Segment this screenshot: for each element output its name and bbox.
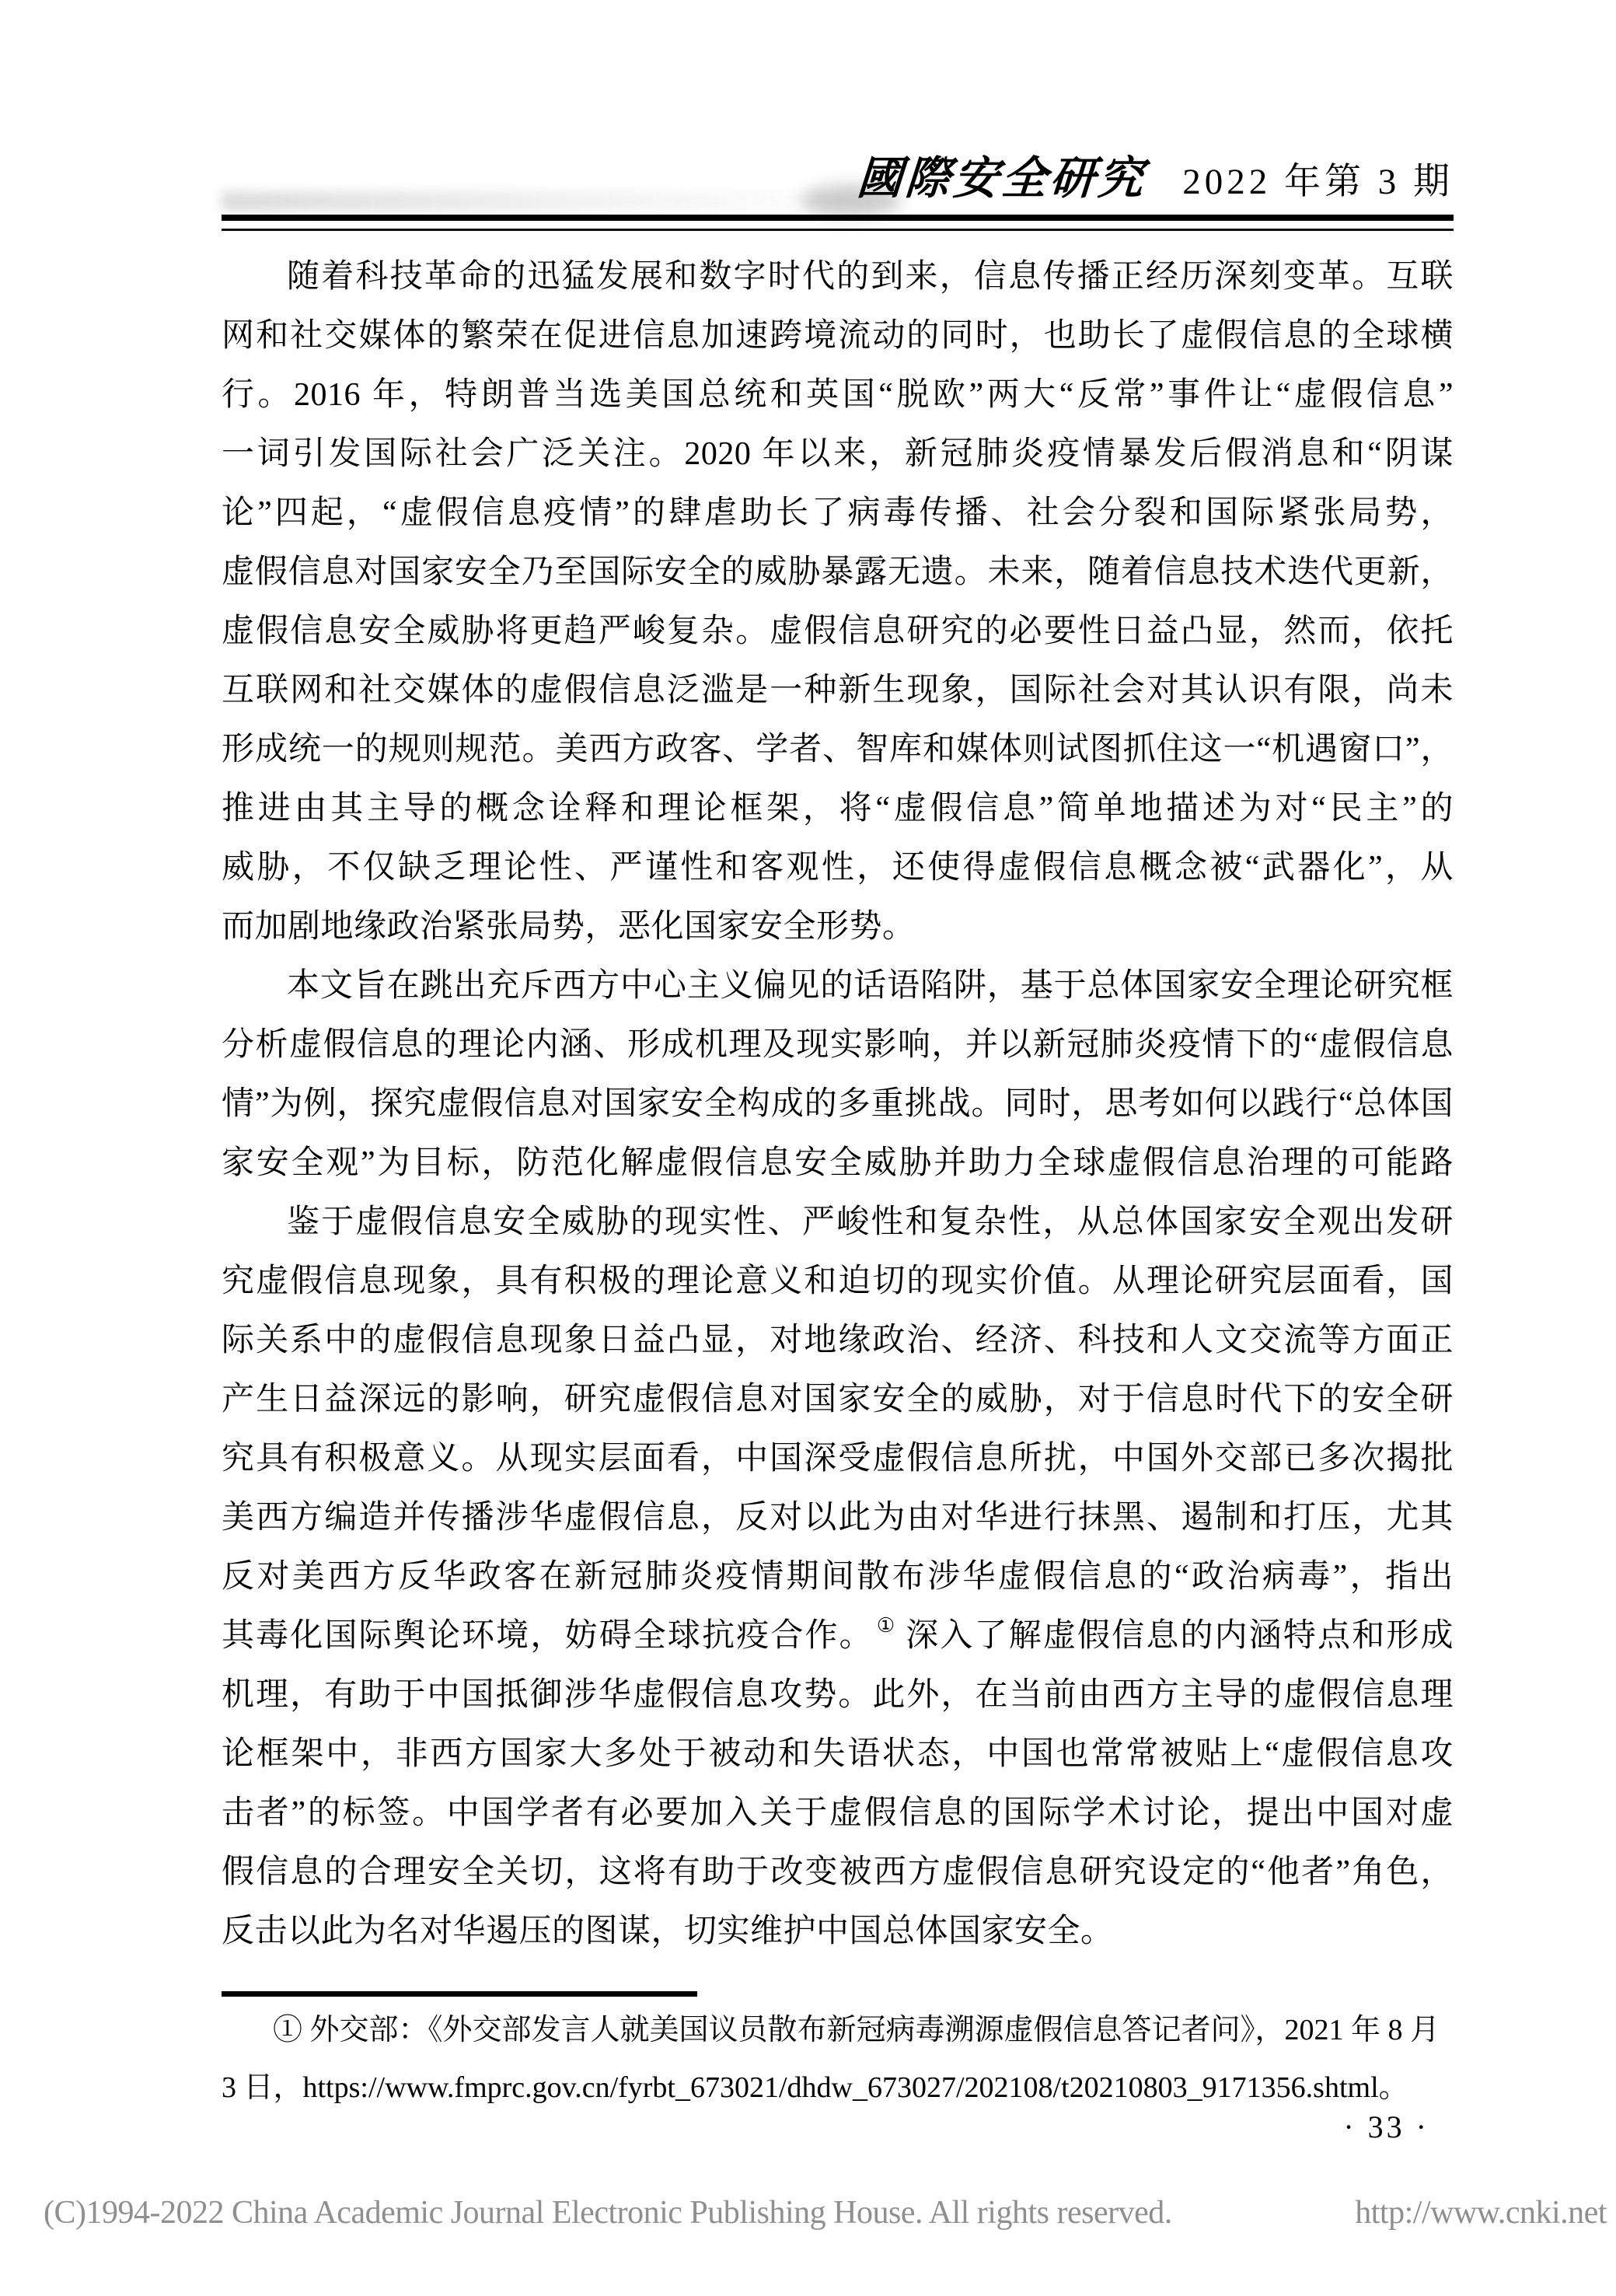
body-line-text: 深入了解虚假信息的内涵特点和形成 — [906, 1618, 1454, 1654]
watermark-url: http://www.cnki.net — [1355, 2194, 1607, 2231]
body-line: 分析虚假信息的理论内涵、形成机理及现实影响，并以新冠肺炎疫情下的“虚假信息疫 — [222, 1015, 1454, 1075]
body-line: 家安全观”为目标，防范化解虚假信息安全威胁并助力全球虚假信息治理的可能路径。 — [222, 1134, 1454, 1193]
journal-page: 國際安全研究2022 年第 3 期 随着科技革命的迅猛发展和数字时代的到来，信息… — [0, 0, 1616, 2296]
body-line: 形成统一的规则规范。美西方政客、学者、智库和媒体则试图抓住这一“机遇窗口”， — [222, 720, 1454, 779]
body-line: 鉴于虚假信息安全威胁的现实性、严峻性和复杂性，从总体国家安全观出发研 — [222, 1193, 1454, 1252]
footnote: ① 外交部：《外交部发言人就美国议员散布新冠病毒溯源虚假信息答记者问》，2021… — [222, 2001, 1454, 2116]
body-line: 究具有积极意义。从现实层面看，中国深受虚假信息所扰，中国外交部已多次揭批 — [222, 1429, 1454, 1488]
body-line: 网和社交媒体的繁荣在促进信息加速跨境流动的同时，也助长了虚假信息的全球横 — [222, 306, 1454, 365]
body-line: 论框架中，非西方国家大多处于被动和失语状态，中国也常常被贴上“虚假信息攻 — [222, 1725, 1454, 1784]
article-body: 随着科技革命的迅猛发展和数字时代的到来，信息传播正经历深刻变革。互联 网和社交媒… — [222, 247, 1454, 1961]
page-header: 國際安全研究2022 年第 3 期 — [857, 142, 1454, 207]
page-number: · 33 · — [1343, 2109, 1429, 2145]
watermark: (C)1994-2022 China Academic Journal Elec… — [44, 2194, 1607, 2231]
body-line: 虚假信息安全威胁将更趋严峻复杂。虚假信息研究的必要性日益凸显，然而，依托 — [222, 602, 1454, 661]
body-line: 击者”的标签。中国学者有必要加入关于虚假信息的国际学术讨论，提出中国对虚 — [222, 1784, 1454, 1843]
journal-issue: 2022 年第 3 期 — [1182, 162, 1454, 202]
footnote-ref-marker: ① — [877, 1614, 896, 1637]
footnote-separator-rule — [222, 1991, 697, 1997]
body-line: 随着科技革命的迅猛发展和数字时代的到来，信息传播正经历深刻变革。互联 — [222, 247, 1454, 306]
header-rule-thick — [222, 215, 1454, 221]
body-line: 机理，有助于中国抵御涉华虚假信息攻势。此外，在当前由西方主导的虚假信息理 — [222, 1665, 1454, 1725]
body-line: 推进由其主导的概念诠释和理论框架，将“虚假信息”简单地描述为对“民主”的 — [222, 779, 1454, 838]
body-line: 产生日益深远的影响，研究虚假信息对国家安全的威胁，对于信息时代下的安全研 — [222, 1370, 1454, 1429]
body-line: 美西方编造并传播涉华虚假信息，反对以此为由对华进行抹黑、遏制和打压，尤其 — [222, 1488, 1454, 1547]
body-line-text: 其毒化国际舆论环境，妨碍全球抗疫合作。 — [222, 1618, 874, 1654]
body-line: 反击以此为名对华遏压的图谋，切实维护中国总体国家安全。 — [222, 1902, 1454, 1961]
footnote-line: ① 外交部：《外交部发言人就美国议员散布新冠病毒溯源虚假信息答记者问》，2021… — [222, 2001, 1454, 2059]
body-line: 反对美西方反华政客在新冠肺炎疫情期间散布涉华虚假信息的“政治病毒”，指出 — [222, 1547, 1454, 1606]
body-line: 论”四起，“虚假信息疫情”的肆虐助长了病毒传播、社会分裂和国际紧张局势， — [222, 484, 1454, 543]
journal-logo: 國際安全研究 — [855, 142, 1149, 207]
body-line: 行。2016 年，特朗普当选美国总统和英国“脱欧”两大“反常”事件让“虚假信息” — [222, 365, 1454, 425]
body-line: 本文旨在跳出充斥西方中心主义偏见的话语陷阱，基于总体国家安全理论研究框架， — [222, 956, 1454, 1015]
footnote-line: 3 日，https://www.fmprc.gov.cn/fyrbt_67302… — [222, 2059, 1454, 2116]
watermark-text: (C)1994-2022 China Academic Journal Elec… — [44, 2194, 1172, 2231]
body-line: 威胁，不仅缺乏理论性、严谨性和客观性，还使得虚假信息概念被“武器化”，从 — [222, 838, 1454, 897]
body-line: 际关系中的虚假信息现象日益凸显，对地缘政治、经济、科技和人文交流等方面正 — [222, 1311, 1454, 1370]
scan-smudge-band — [222, 191, 874, 211]
body-line: 互联网和社交媒体的虚假信息泛滥是一种新生现象，国际社会对其认识有限，尚未 — [222, 661, 1454, 720]
body-line-with-footnote-ref: 其毒化国际舆论环境，妨碍全球抗疫合作。①深入了解虚假信息的内涵特点和形成 — [222, 1606, 1454, 1665]
body-line: 情”为例，探究虚假信息对国家安全构成的多重挑战。同时，思考如何以践行“总体国 — [222, 1075, 1454, 1134]
body-line: 究虚假信息现象，具有积极的理论意义和迫切的现实价值。从理论研究层面看，国 — [222, 1252, 1454, 1311]
body-line: 一词引发国际社会广泛关注。2020 年以来，新冠肺炎疫情暴发后假消息和“阴谋 — [222, 425, 1454, 484]
header-rule-thin — [222, 229, 1454, 231]
body-line: 虚假信息对国家安全乃至国际安全的威胁暴露无遗。未来，随着信息技术迭代更新， — [222, 543, 1454, 602]
body-line: 假信息的合理安全关切，这将有助于改变被西方虚假信息研究设定的“他者”角色， — [222, 1843, 1454, 1902]
body-line: 而加剧地缘政治紧张局势，恶化国家安全形势。 — [222, 897, 1454, 956]
